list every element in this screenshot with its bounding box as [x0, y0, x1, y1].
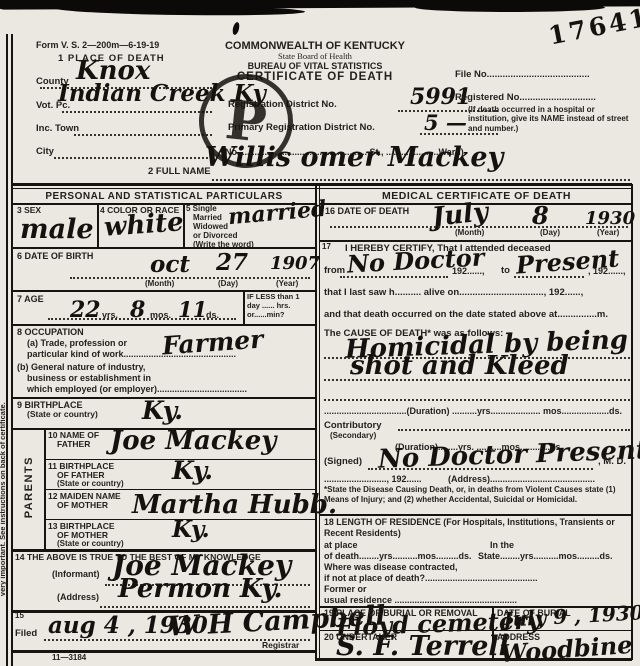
parents-label: PARENTS — [23, 427, 35, 547]
day-caption: (Day) — [540, 229, 560, 238]
leader-line — [54, 157, 212, 159]
to-label: to — [501, 266, 510, 277]
date-of-death-label: 16 DATE OF DEATH — [325, 206, 409, 216]
at-place-label: at place — [324, 540, 358, 550]
birthplace-subcaption: (State or country) — [27, 410, 98, 420]
row-line — [320, 240, 632, 242]
birthplace-value: Ky. — [142, 398, 183, 423]
registered-no-label: Registered No...........................… — [455, 93, 633, 104]
death-occurred-line: and that death occurred on the date stat… — [324, 310, 630, 321]
leader-line — [70, 277, 310, 279]
disease-contracted-line: if not at place of death?...............… — [324, 573, 630, 583]
row-line — [12, 324, 315, 326]
sex-value: male — [20, 216, 94, 243]
occupation-value: Farmer — [161, 326, 264, 358]
occupation-b-line: which employed (or employer)............… — [27, 384, 313, 394]
full-name-value: Willis omer Mackey — [205, 144, 503, 171]
signed-label: (Signed) — [324, 457, 362, 468]
row-line — [320, 514, 632, 516]
race-value: white — [103, 209, 184, 240]
file-no-label: File No.................................… — [455, 70, 633, 81]
secondary-caption: (Secondary) — [330, 432, 376, 441]
dob-label: 6 DATE OF BIRTH — [17, 251, 93, 261]
cell-line — [97, 203, 99, 247]
leader-line — [340, 276, 448, 278]
signed-year-blank: ........................., 192...... — [324, 474, 442, 484]
dob-day-value: 27 — [216, 251, 248, 274]
margin-note: very important. See instructions on back… — [0, 379, 7, 619]
item-15-label: 15 — [15, 612, 24, 621]
disease-contracted-line: Where was disease contracted, — [324, 562, 458, 572]
father-name-value: Joe Mackey — [110, 428, 276, 454]
leader-line — [62, 111, 212, 113]
cause-value-line2: shot and Kleed — [350, 353, 569, 379]
section-divider — [12, 188, 632, 189]
occupation-b-line: business or establishment in — [27, 373, 151, 383]
if-less-note: or......min? — [247, 311, 285, 319]
cell-line — [243, 290, 245, 324]
page-border-line — [11, 34, 13, 666]
occupation-label: 8 OCCUPATION — [17, 327, 84, 337]
page-border-line — [631, 184, 633, 660]
leader-line — [398, 429, 630, 431]
year-blank: 192......, — [452, 266, 485, 276]
leader-line — [368, 468, 593, 470]
leader-line — [324, 379, 630, 381]
burial-date-value: July 9 , 1930 — [503, 602, 640, 629]
md-label: , M. D. — [598, 457, 626, 468]
occupation-a-line: (a) Trade, profession or — [27, 338, 127, 348]
age-days-value: 11 — [178, 299, 207, 320]
state-blanks: State........yrs..........mos.........ds… — [478, 551, 630, 561]
former-residence-line: Former or — [324, 584, 367, 594]
bureau-line: BUREAU OF VITAL STATISTICS — [200, 61, 430, 71]
father-birthplace-value: Ky. — [172, 458, 213, 483]
cause-footnote: *State the Disease Causing Death, or, in… — [324, 485, 631, 504]
duration-line: .................................(Durati… — [324, 406, 630, 416]
primary-reg-value: 5 — — [424, 112, 467, 133]
in-the-label: In the — [490, 540, 514, 550]
section-divider — [12, 183, 632, 186]
row-line — [315, 658, 632, 661]
year-caption: (Year) — [597, 229, 619, 238]
full-name-label: 2 FULL NAME — [148, 167, 211, 178]
dob-month-value: oct — [150, 253, 190, 276]
informant-address-value: Permon Ky. — [118, 576, 283, 602]
leader-line — [74, 134, 212, 136]
month-caption: (Month) — [455, 229, 484, 238]
footer-form-code: 11—3184 — [52, 654, 86, 663]
hospital-note: (If death occurred in a hospital or inst… — [468, 105, 632, 133]
undertaker-value: S. F. Terrell — [336, 633, 509, 660]
scan-artifact — [415, 3, 605, 12]
informant-address-label: (Address) — [57, 592, 99, 602]
dob-year-value: 1907 — [270, 255, 320, 273]
year-blank: , 192......, — [588, 266, 626, 276]
of-death-blanks: of death........yrs..........mos........… — [324, 551, 484, 561]
father-name-label: FATHER — [57, 440, 90, 450]
residence-label: 18 LENGTH OF RESIDENCE (For Hospitals, I… — [324, 517, 631, 539]
mother-birthplace-label: (State or country) — [57, 540, 124, 549]
ink-blot — [232, 21, 241, 35]
mother-name-value: Martha Hubb. — [132, 492, 337, 518]
marital-value: married — [227, 198, 327, 228]
form-number: Form V. S. 2—200m—6-19-19 — [36, 40, 159, 50]
leader-line — [48, 318, 236, 320]
inc-town-label: Inc. Town — [36, 124, 79, 135]
mother-name-label: OF MOTHER — [57, 501, 108, 511]
last-saw-line: that I last saw h.......... alive on....… — [324, 288, 630, 299]
city-label: City — [36, 147, 54, 158]
leader-line — [324, 399, 630, 401]
leader-line — [514, 276, 584, 278]
day-caption: (Day) — [218, 280, 238, 289]
month-caption: (Month) — [145, 280, 174, 289]
row-line — [12, 247, 315, 249]
mother-birthplace-value: Ky. — [172, 518, 210, 541]
death-certificate-scan: very important. See instructions on back… — [0, 0, 640, 666]
age-label: 7 AGE — [17, 294, 44, 304]
signed-address-blank: (Address)...............................… — [448, 474, 630, 484]
occupation-b-line: (b) General nature of industry, — [17, 362, 145, 372]
item-17-label: 17 — [322, 243, 331, 252]
death-day-value: 8 — [532, 204, 549, 228]
father-birthplace-label: (State or country) — [57, 480, 124, 489]
year-caption: (Year) — [276, 280, 298, 289]
informant-label: (Informant) — [52, 569, 100, 579]
leader-line — [212, 179, 630, 181]
filed-label: Filed — [15, 629, 37, 640]
